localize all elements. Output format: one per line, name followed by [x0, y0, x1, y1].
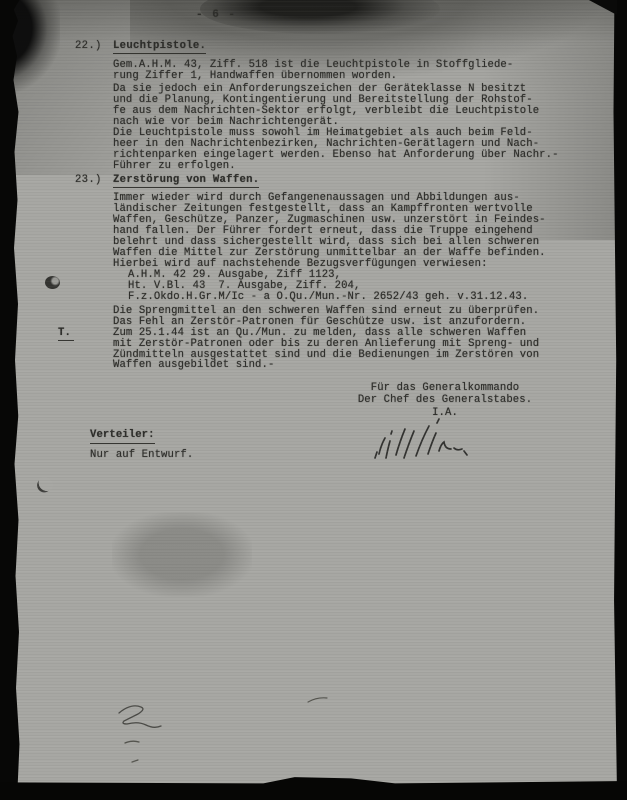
handwritten-signature-icon	[372, 414, 472, 466]
reference-list: A.H.M. 42 29. Ausgabe, Ziff 1123,Ht. V.B…	[113, 270, 588, 303]
text-line: A.H.M. 42 29. Ausgabe, Ziff 1123,	[128, 270, 588, 281]
section-number: 22.)	[75, 41, 102, 52]
scan-border-right	[609, 0, 627, 800]
text-line: Ht. V.Bl. 43 7. Ausgabe, Ziff. 204,	[128, 281, 588, 292]
scan-border-bottom	[0, 774, 627, 800]
paragraph: Immer wieder wird durch Gefangenenaussag…	[113, 193, 588, 269]
section-number: 23.)	[75, 175, 102, 186]
closing-line: Der Chef des Generalstabes.	[345, 395, 545, 407]
paragraph: Die Sprengmittel an den schweren Waffen …	[113, 306, 588, 328]
section-zerstoerung-von-waffen: 23.) Zerstörung von Waffen. Immer wieder…	[113, 175, 588, 371]
distribution-note: Nur auf Entwurf.	[90, 450, 193, 461]
pencil-mark-icon	[123, 738, 141, 746]
text-line: F.z.Okdo.H.Gr.M/Ic - a O.Qu./Mun.-Nr. 26…	[128, 292, 588, 303]
section-heading: 22.) Leuchtpistole.	[113, 41, 588, 52]
text-line: Führer zu erfolgen.	[113, 161, 588, 172]
pencil-mark-icon	[306, 695, 330, 705]
section-leuchtpistole: 22.) Leuchtpistole. Gem.A.H.M. 43, Ziff.…	[113, 41, 588, 172]
punch-hole-icon	[45, 276, 60, 289]
distribution-heading: Verteiler:	[90, 430, 155, 444]
scan-smudge	[112, 512, 252, 597]
paragraph-lines: Zum 25.1.44 ist an Qu./Mun. zu melden, d…	[113, 328, 588, 372]
document-body: 22.) Leuchtpistole. Gem.A.H.M. 43, Ziff.…	[113, 41, 588, 371]
paragraph: Da sie jedoch ein Anforderungszeichen de…	[113, 84, 588, 128]
paragraph: T. Zum 25.1.44 ist an Qu./Mun. zu melden…	[113, 328, 588, 372]
pencil-mark-icon	[130, 757, 140, 764]
distribution-block: Verteiler: Nur auf Entwurf.	[90, 430, 193, 461]
scan-corner-shadow	[585, 0, 617, 15]
scan-border-left	[0, 0, 25, 800]
paragraph: Die Leuchtpistole muss sowohl im Heimatg…	[113, 128, 588, 172]
text-line: Waffen ausgebildet sind.-	[113, 360, 588, 371]
page-number: - 6 -	[196, 9, 237, 21]
scanned-document-page: - 6 - 22.) Leuchtpistole. Gem.A.H.M. 43,…	[0, 0, 627, 800]
text-line: mit Zerstör-Patronen oder bis zu deren A…	[113, 339, 588, 350]
punch-hole-icon	[36, 477, 53, 493]
section-heading: 23.) Zerstörung von Waffen.	[113, 175, 588, 186]
section-title: Zerstörung von Waffen.	[113, 174, 259, 188]
text-line: rung Ziffer 1, Handwaffen übernommen wor…	[113, 71, 588, 82]
pencil-scribble-icon	[113, 699, 175, 735]
margin-note: T.	[58, 328, 74, 341]
section-title: Leuchtpistole.	[113, 40, 206, 54]
paragraph: Gem.A.H.M. 43, Ziff. 518 ist die Leuchtp…	[113, 60, 588, 82]
